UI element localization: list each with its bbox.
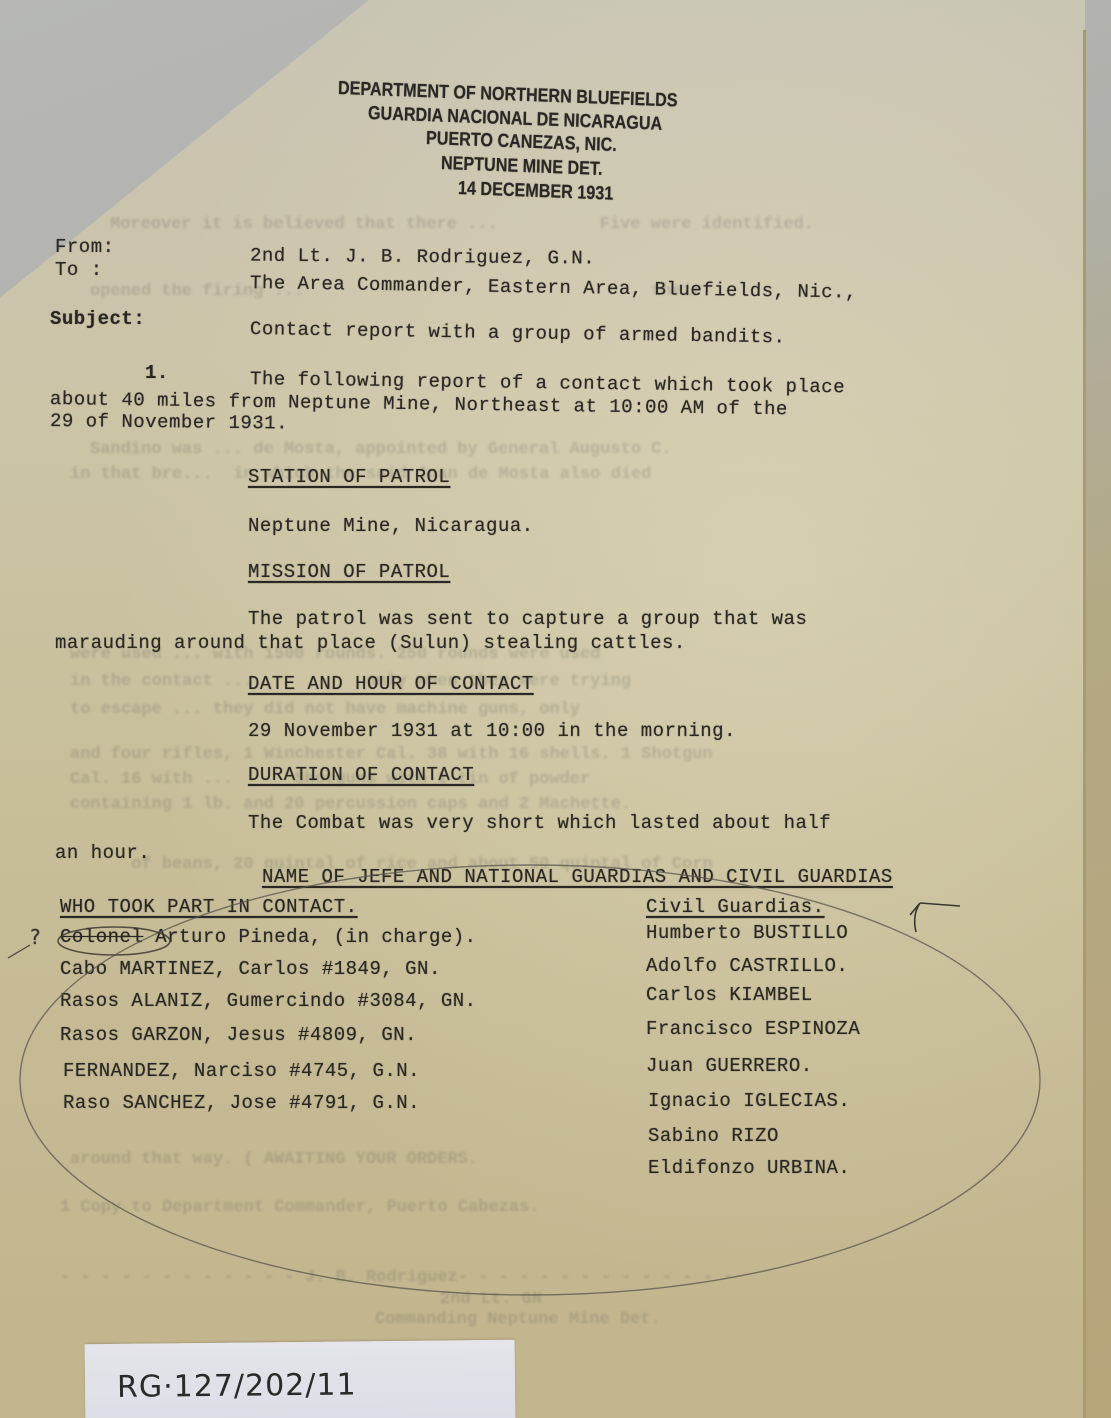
question-mark-annotation: ?	[30, 925, 41, 949]
arrow-icon	[910, 903, 960, 932]
pencil-circle-annotation	[20, 865, 1040, 1295]
archive-label-card: RG·127/202/11	[85, 1340, 516, 1418]
pencil-circle-rank	[58, 927, 170, 955]
pencil-annotations	[0, 0, 1111, 1418]
archive-reference: RG·127/202/11	[117, 1367, 357, 1405]
